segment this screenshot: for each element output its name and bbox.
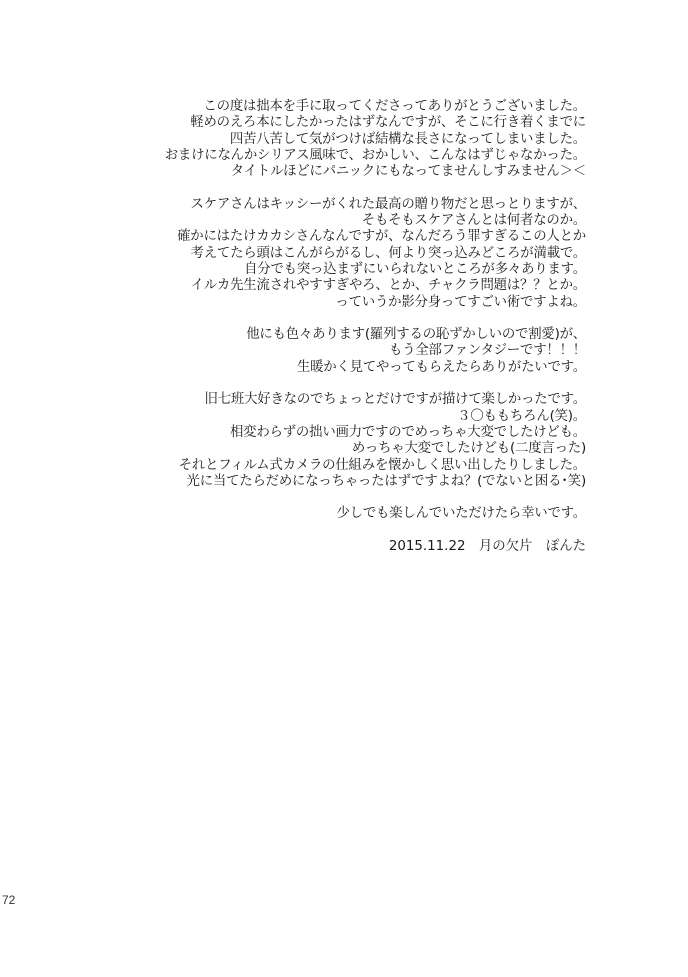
text-line: イルカ先生流されやすすぎやろ、とか、チャクラ問題は？？とか。 bbox=[116, 278, 586, 294]
text-line: そもそもスケアさんとは何者なのか。 bbox=[116, 213, 586, 229]
paragraph-gap bbox=[116, 490, 586, 506]
text-line: っていうか影分身ってすごい術ですよね。 bbox=[116, 295, 586, 311]
paragraph-gap bbox=[116, 311, 586, 327]
text-line: 相変わらずの拙い画力ですのでめっちゃ大変でしたけども。 bbox=[116, 425, 586, 441]
book-page: この度は拙本を手に取ってくださってありがとうございました。 軽めのえろ本にしたか… bbox=[0, 0, 688, 977]
paragraph-5: 少しでも楽しんでいただけたら幸いです。 bbox=[116, 506, 586, 522]
text-line: この度は拙本を手に取ってくださってありがとうございました。 bbox=[116, 99, 586, 115]
text-line: 生暖かく見てやってもらえたらありがたいです。 bbox=[116, 360, 586, 376]
paragraph-gap bbox=[116, 523, 586, 539]
text-line: 少しでも楽しんでいただけたら幸いです。 bbox=[116, 506, 586, 522]
paragraph-gap bbox=[116, 180, 586, 196]
text-line: めっちゃ大変でしたけども(二度言った) bbox=[116, 441, 586, 457]
text-line: 光に当てたらだめになっちゃったはずですよね？(でないと困る･笑) bbox=[116, 474, 586, 490]
text-line: タイトルほどにパニックにもなってませんしすみません＞＜ bbox=[116, 164, 586, 180]
afterword-text: この度は拙本を手に取ってくださってありがとうございました。 軽めのえろ本にしたか… bbox=[116, 99, 586, 555]
paragraph-gap bbox=[116, 376, 586, 392]
paragraph-1: この度は拙本を手に取ってくださってありがとうございました。 軽めのえろ本にしたか… bbox=[116, 99, 586, 180]
text-line: もう全部ファンタジーです！！！ bbox=[116, 343, 586, 359]
text-line: 考えてたら頭はこんがらがるし、何より突っ込みどころが満載で。 bbox=[116, 246, 586, 262]
text-line: 四苦八苦して気がつけば結構な長さになってしまいました。 bbox=[116, 132, 586, 148]
paragraph-3: 他にも色々あります(羅列するの恥ずかしいので割愛)が、 もう全部ファンタジーです… bbox=[116, 327, 586, 376]
paragraph-4: 旧七班大好きなのでちょっとだけですが描けて楽しかったです。 ３〇ももちろん(笑)… bbox=[116, 392, 586, 490]
text-line: それとフィルム式カメラの仕組みを懐かしく思い出したりしました。 bbox=[116, 458, 586, 474]
paragraph-2: スケアさんはキッシーがくれた最高の贈り物だと思っとりますが、 そもそもスケアさん… bbox=[116, 197, 586, 311]
text-line: 軽めのえろ本にしたかったはずなんですが、そこに行き着くまでに bbox=[116, 115, 586, 131]
text-line: 他にも色々あります(羅列するの恥ずかしいので割愛)が、 bbox=[116, 327, 586, 343]
text-line: ３〇ももちろん(笑)。 bbox=[116, 409, 586, 425]
text-line: おまけになんかシリアス風味で、おかしい、こんなはずじゃなかった。 bbox=[116, 148, 586, 164]
signature: 2015.11.22 月の欠片 ぽんた bbox=[116, 539, 586, 555]
text-line: スケアさんはキッシーがくれた最高の贈り物だと思っとりますが、 bbox=[116, 197, 586, 213]
text-line: 旧七班大好きなのでちょっとだけですが描けて楽しかったです。 bbox=[116, 392, 586, 408]
text-line: 確かにはたけカカシさんなんですが、なんだろう罪すぎるこの人とか bbox=[116, 229, 586, 245]
text-line: 自分でも突っ込まずにいられないところが多々あります。 bbox=[116, 262, 586, 278]
page-number: 72 bbox=[2, 893, 15, 907]
